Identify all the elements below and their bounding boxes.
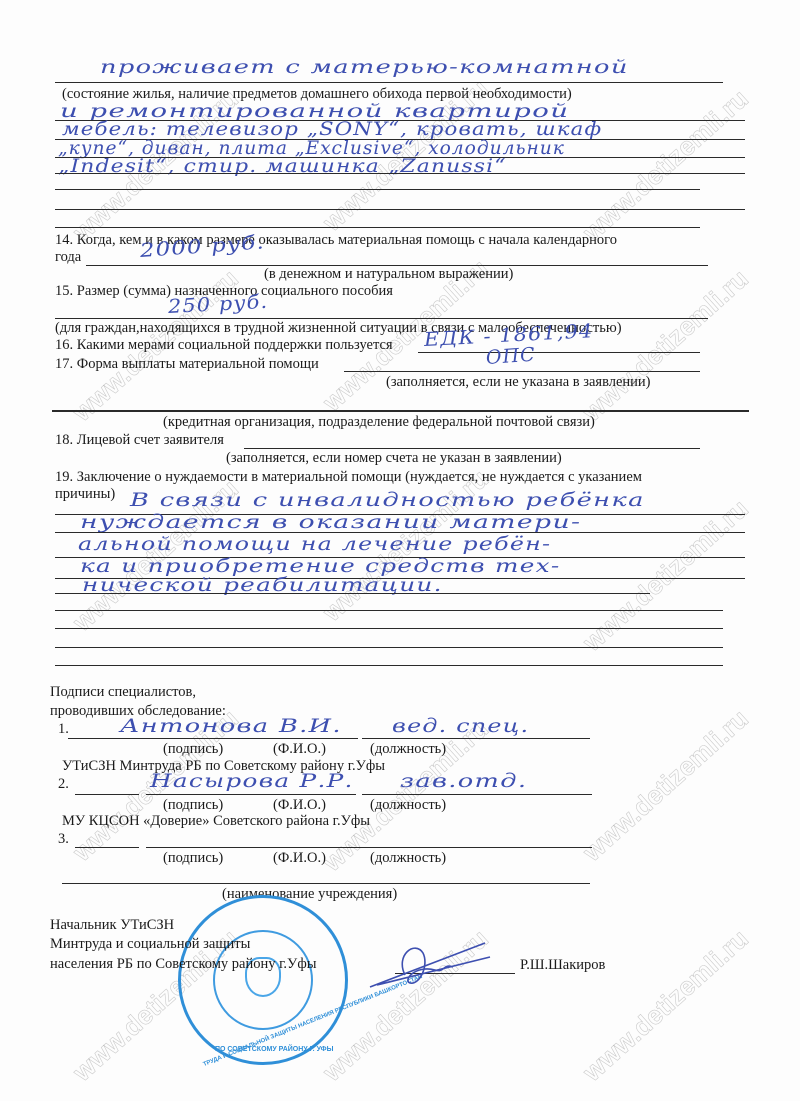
account-number-field[interactable] — [244, 448, 700, 449]
col-signature: (подпись) — [163, 741, 223, 757]
head-signature-mark — [365, 935, 505, 995]
payment-org-caption: (кредитная организация, подразделение фе… — [163, 414, 595, 430]
col-fio: (Ф.И.О.) — [273, 741, 326, 757]
handwritten-benefit-amount: 250 руб. — [167, 291, 268, 318]
section-19-label-cont: причины) — [55, 486, 115, 502]
col-position: (должность) — [370, 850, 446, 866]
col-signature: (подпись) — [163, 850, 223, 866]
institution-field[interactable] — [62, 883, 590, 884]
handwritten-specialist-1-position: вед. спец. — [392, 715, 529, 737]
section-19-label: 19. Заключение о нуждаемости в материаль… — [55, 469, 642, 485]
handwritten-specialist-1-name: Антонова В.И. — [120, 715, 342, 737]
section-17-caption: (заполняется, если не указана в заявлени… — [386, 374, 651, 390]
handwritten-specialist-2-position: зав.отд. — [400, 770, 527, 792]
specialist-3-signature-field[interactable] — [75, 847, 139, 848]
col-fio: (Ф.И.О.) — [273, 850, 326, 866]
section-18-label: 18. Лицевой счет заявителя — [55, 432, 224, 448]
section-16-label: 16. Какими мерами социальной поддержки п… — [55, 337, 393, 353]
specialist-2-signature-field[interactable] — [75, 794, 139, 795]
fill-line — [55, 610, 723, 611]
stamp-bottom-text: ПО СОВЕТСКОМУ РАЙОНУ Г. УФЫ — [215, 1046, 334, 1053]
handwritten-conclusion-line: альной помощи на лечение ребён- — [78, 533, 551, 555]
specialist-1-name-field[interactable] — [68, 738, 358, 739]
specialist-2-name-field[interactable] — [146, 794, 356, 795]
section-17-field[interactable] — [344, 371, 700, 372]
specialist-number: 1. — [58, 721, 69, 737]
col-position: (должность) — [370, 797, 446, 813]
signatures-heading: Подписи специалистов, — [50, 684, 196, 700]
fill-line — [55, 665, 723, 666]
specialist-number: 3. — [58, 831, 69, 847]
handwritten-conclusion-line: нуждается в оказании матери- — [80, 511, 581, 533]
handwritten-housing-line: проживает с матерью-комнатной — [100, 56, 629, 78]
fill-line — [55, 209, 745, 210]
fill-line — [55, 82, 723, 83]
head-name: Р.Ш.Шакиров — [520, 957, 605, 973]
fill-line — [55, 173, 745, 174]
watermark: www.detizemli.ru — [577, 703, 755, 867]
watermark: www.detizemli.ru — [577, 83, 755, 247]
section-17-label: 17. Форма выплаты материальной помощи — [55, 356, 319, 372]
section-14-label-cont: года — [55, 249, 81, 265]
handwritten-conclusion-line: В связи с инвалидностью ребёнка — [130, 489, 645, 511]
official-stamp: ТРУДА И СОЦИАЛЬНОЙ ЗАЩИТЫ НАСЕЛЕНИЯ РЕСП… — [178, 895, 348, 1065]
watermark: www.detizemli.ru — [577, 493, 755, 657]
head-title-cont: Минтруда и социальной защиты — [50, 936, 250, 952]
fill-line — [55, 593, 650, 594]
specialist-2-org: МУ КЦСОН «Доверие» Советского района г.У… — [62, 813, 370, 829]
handwritten-specialist-2-name: Насырова Р.Р. — [150, 770, 354, 792]
specialist-3-name-position-field[interactable] — [146, 847, 592, 848]
fill-line — [55, 227, 700, 228]
head-title: Начальник УТиСЗН — [50, 917, 174, 933]
specialist-number: 2. — [58, 776, 69, 792]
section-16-field[interactable] — [418, 352, 700, 353]
fill-line — [55, 628, 723, 629]
section-14-caption: (в денежном и натуральном выражении) — [264, 266, 513, 282]
specialist-2-position-field[interactable] — [362, 794, 592, 795]
fill-line — [55, 189, 700, 190]
col-signature: (подпись) — [163, 797, 223, 813]
col-fio: (Ф.И.О.) — [273, 797, 326, 813]
specialist-1-position-field[interactable] — [362, 738, 590, 739]
payment-org-field[interactable] — [52, 410, 749, 412]
section-15-field[interactable] — [55, 318, 708, 319]
handwritten-payment-form: ОПС — [485, 344, 536, 369]
col-position: (должность) — [370, 741, 446, 757]
head-title-cont: населения РБ по Советскому району г.Уфы — [50, 956, 316, 972]
watermark: www.detizemli.ru — [577, 263, 755, 427]
document-page: www.detizemli.ru www.detizemli.ru www.de… — [0, 0, 800, 1101]
section-18-caption: (заполняется, если номер счета не указан… — [226, 450, 562, 466]
watermark: www.detizemli.ru — [577, 923, 755, 1087]
fill-line — [55, 647, 723, 648]
